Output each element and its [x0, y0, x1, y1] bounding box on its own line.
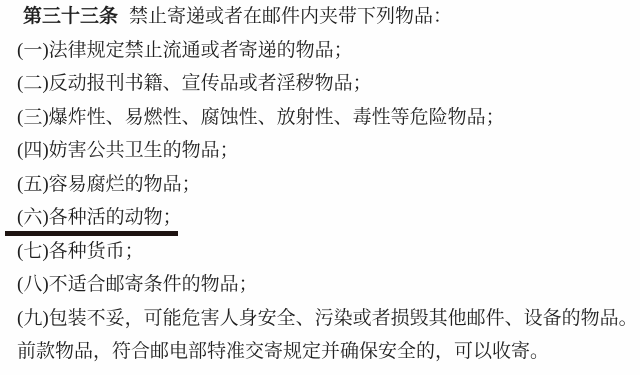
clause-item-5: (五)容易腐烂的物品；: [17, 168, 634, 202]
clause-item-3: (三)爆炸性、易燃性、腐蚀性、放射性、毒性等危险物品；: [17, 101, 634, 135]
underline-annotation: [5, 231, 178, 236]
clause-item-2: (二)反动报刊书籍、宣传品或者淫秽物品；: [17, 67, 634, 101]
article-heading: 第三十三条禁止寄递或者在邮件内夹带下列物品：: [17, 0, 634, 34]
clause-item-1: (一)法律规定禁止流通或者寄递的物品；: [17, 34, 634, 68]
clause-item-9: (九)包装不妥，可能危害人身安全、污染或者损毁其他邮件、设备的物品。: [17, 302, 634, 336]
article-number: 第三十三条: [23, 6, 118, 27]
clause-item-8: (八)不适合邮寄条件的物品；: [17, 268, 634, 302]
clause-item-6-underlined: (六)各种活的动物；: [17, 201, 634, 235]
article-intro: 禁止寄递或者在邮件内夹带下列物品：: [129, 6, 452, 27]
clause-item-7: (七)各种货币；: [17, 235, 634, 269]
article-text-block: 第三十三条禁止寄递或者在邮件内夹带下列物品： (一)法律规定禁止流通或者寄递的物…: [17, 0, 634, 369]
closing-paragraph: 前款物品，符合邮电部特准交寄规定并确保安全的，可以收寄。: [17, 335, 634, 369]
clause-item-4: (四)妨害公共卫生的物品；: [17, 134, 634, 168]
document-page: 第三十三条禁止寄递或者在邮件内夹带下列物品： (一)法律规定禁止流通或者寄递的物…: [0, 0, 640, 375]
